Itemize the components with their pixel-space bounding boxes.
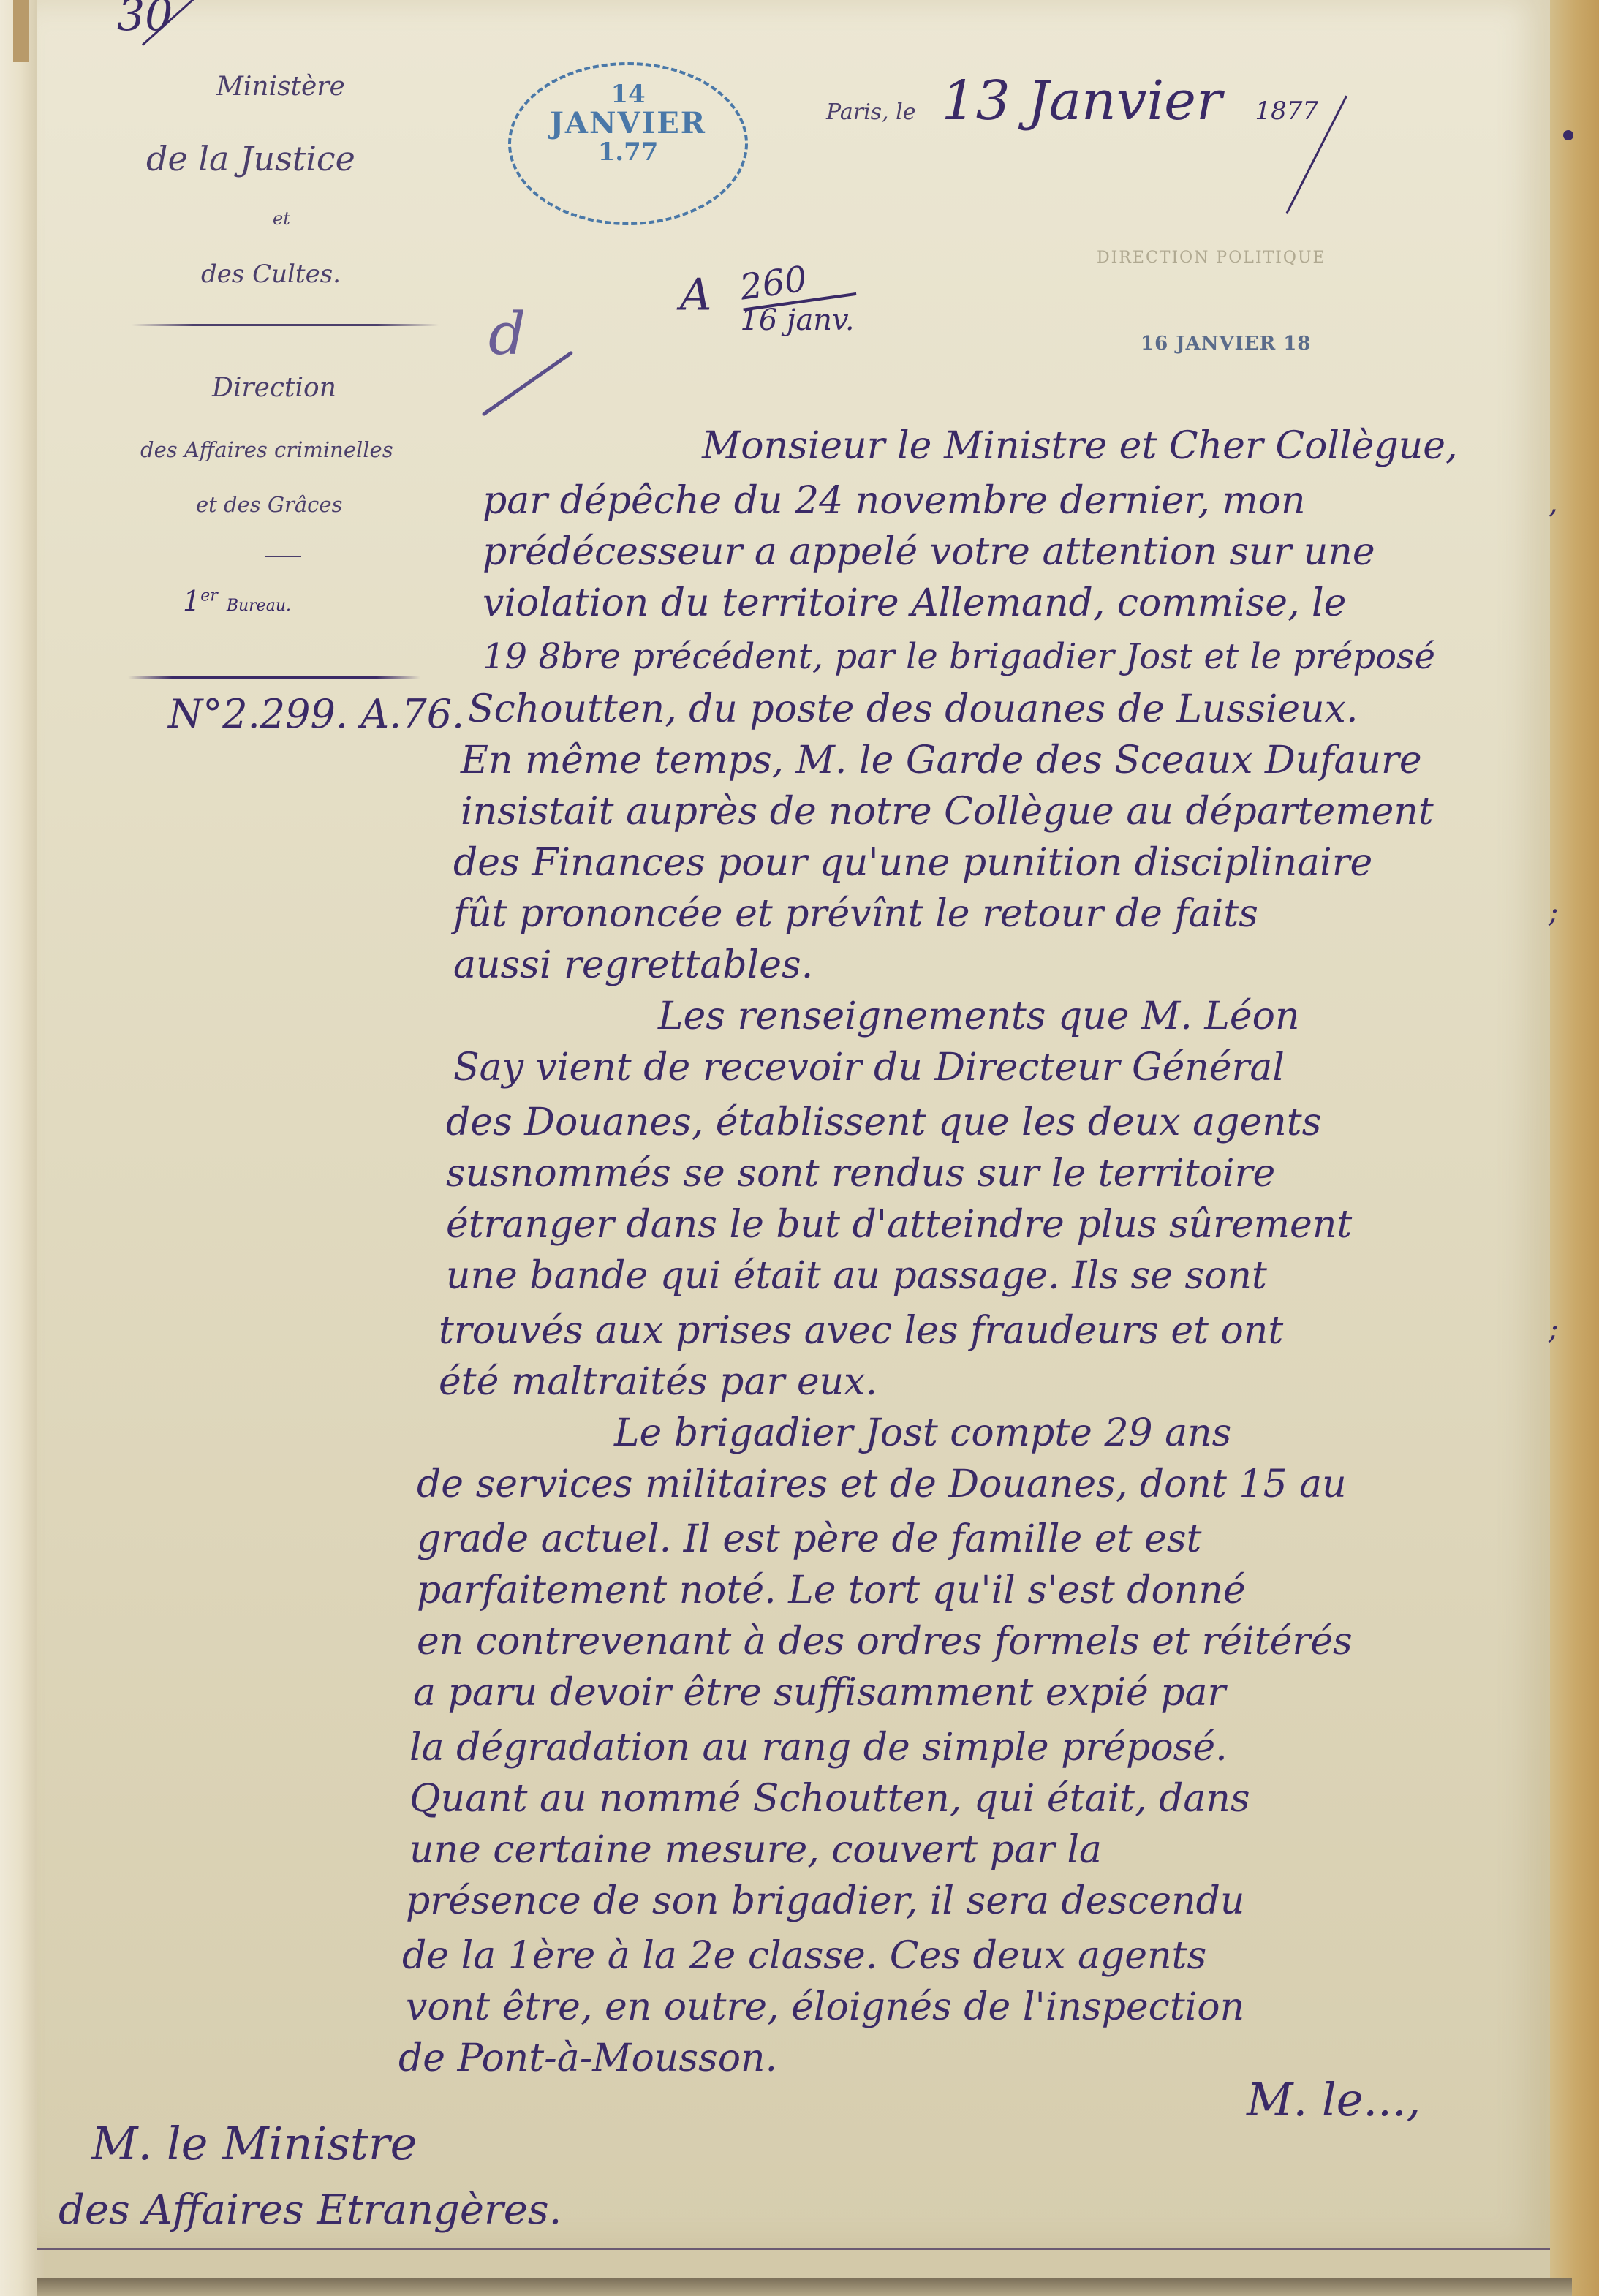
reference-number: N°2.299. A.76. — [168, 691, 464, 737]
body-line: Quant au nommé Schoutten, qui était, dan… — [409, 1777, 1250, 1821]
letterhead-dash — [265, 556, 301, 557]
body-line: de Pont-à-Mousson. — [398, 2036, 777, 2080]
margin-mark: ; — [1549, 896, 1558, 929]
letterhead-direction: Direction — [212, 373, 336, 403]
dateline-year: 1877 — [1255, 97, 1318, 126]
faint-header-stamp: DIRECTION POLITIQUE — [1097, 249, 1326, 267]
letterhead-justice: de la Justice — [146, 139, 355, 178]
body-line: aussi regrettables. — [453, 943, 813, 987]
body-line: prédécesseur a appelé votre attention su… — [483, 530, 1375, 574]
dateline-date: 13 Janvier — [942, 69, 1222, 132]
bureau-number: 1 — [183, 585, 200, 617]
closing-formula: M. le..., — [1247, 2073, 1421, 2126]
body-line: étranger dans le but d'atteindre plus sû… — [446, 1203, 1352, 1247]
recipient-title: M. le Ministre — [91, 2117, 417, 2170]
registry-annotation: A 260 16 janv. — [680, 260, 855, 337]
body-line: trouvés aux prises avec les fraudeurs et… — [439, 1309, 1283, 1353]
body-line: présence de son brigadier, il sera desce… — [406, 1879, 1244, 1923]
inline-received-stamp: 16 JANVIER 18 — [1141, 333, 1311, 355]
dateline-label: Paris, le — [826, 99, 915, 125]
stamp-month: JANVIER — [511, 106, 745, 140]
letterhead-department-2: et des Grâces — [196, 492, 342, 517]
body-line: En même temps, M. le Garde des Sceaux Du… — [461, 739, 1422, 782]
body-line: été maltraités par eux. — [439, 1360, 877, 1404]
binder-tab — [13, 0, 29, 62]
body-line: des Finances pour qu'une punition discip… — [453, 841, 1372, 885]
recipient-ministry: des Affaires Etrangères. — [58, 2186, 562, 2234]
letterhead-divider — [132, 324, 439, 326]
margin-mark: , — [1549, 486, 1558, 520]
letterhead-department: des Affaires criminelles — [140, 437, 393, 462]
bureau-suffix: er — [200, 586, 218, 605]
body-line: une bande qui était au passage. Ils se s… — [446, 1254, 1267, 1298]
body-line: susnommés se sont rendus sur le territoi… — [446, 1152, 1275, 1196]
body-line: par dépêche du 24 novembre dernier, mon — [483, 479, 1306, 523]
body-line: a paru devoir être suffisamment expié pa… — [413, 1671, 1225, 1715]
letterhead-ministry: Ministère — [216, 72, 345, 102]
letterhead-cultes: des Cultes. — [201, 260, 341, 289]
body-line: Say vient de recevoir du Directeur Génér… — [453, 1046, 1285, 1090]
body-line: de services militaires et de Douanes, do… — [417, 1462, 1347, 1506]
margin-mark: ; — [1549, 1313, 1558, 1346]
underlying-sheet — [44, 2248, 1550, 2279]
body-line: insistait auprès de notre Collègue au dé… — [461, 790, 1434, 834]
bureau-label: Bureau. — [227, 597, 291, 615]
initial-annotation: d — [488, 300, 526, 368]
stamp-year: 1.77 — [511, 137, 745, 167]
body-line: fût prononcée et prévînt le retour de fa… — [453, 892, 1258, 936]
punch-hole — [1563, 130, 1573, 140]
letterhead-bureau: 1er Bureau. — [183, 585, 291, 617]
body-line: parfaitement noté. Le tort qu'il s'est d… — [417, 1568, 1246, 1612]
body-line: grade actuel. Il est père de famille et … — [417, 1517, 1201, 1561]
received-date-stamp: 14 JANVIER 1.77 — [508, 62, 748, 225]
registry-number: 260 — [738, 252, 857, 311]
body-line: en contrevenant à des ordres formels et … — [417, 1620, 1353, 1664]
body-line: une certaine mesure, couvert par la — [409, 1828, 1102, 1872]
body-line: Monsieur le Ministre et Cher Collègue, — [702, 424, 1458, 468]
body-line: Schoutten, du poste des douanes de Lussi… — [468, 687, 1358, 731]
bottom-shadow — [37, 2278, 1572, 2296]
letterhead-and: et — [273, 208, 290, 229]
letterhead-divider-2 — [128, 676, 420, 679]
body-line: Le brigadier Jost compte 29 ans — [614, 1411, 1231, 1455]
registry-letter: A — [680, 270, 711, 321]
stamp-day: 14 — [511, 80, 745, 109]
body-line: Les renseignements que M. Léon — [658, 994, 1299, 1038]
body-line: violation du territoire Allemand, commis… — [483, 581, 1346, 625]
body-line: 19 8bre précédent, par le brigadier Jost… — [483, 636, 1435, 677]
dateline: Paris, le 13 Janvier 1877 — [826, 69, 1318, 132]
registry-fraction: 260 16 janv. — [740, 260, 854, 337]
corner-folio-number: 30 — [117, 0, 173, 41]
body-line: des Douanes, établissent que les deux ag… — [446, 1100, 1321, 1144]
body-line: la dégradation au rang de simple préposé… — [409, 1726, 1228, 1770]
body-line: vont être, en outre, éloignés de l'inspe… — [406, 1985, 1244, 2029]
body-line: de la 1ère à la 2e classe. Ces deux agen… — [402, 1934, 1206, 1978]
